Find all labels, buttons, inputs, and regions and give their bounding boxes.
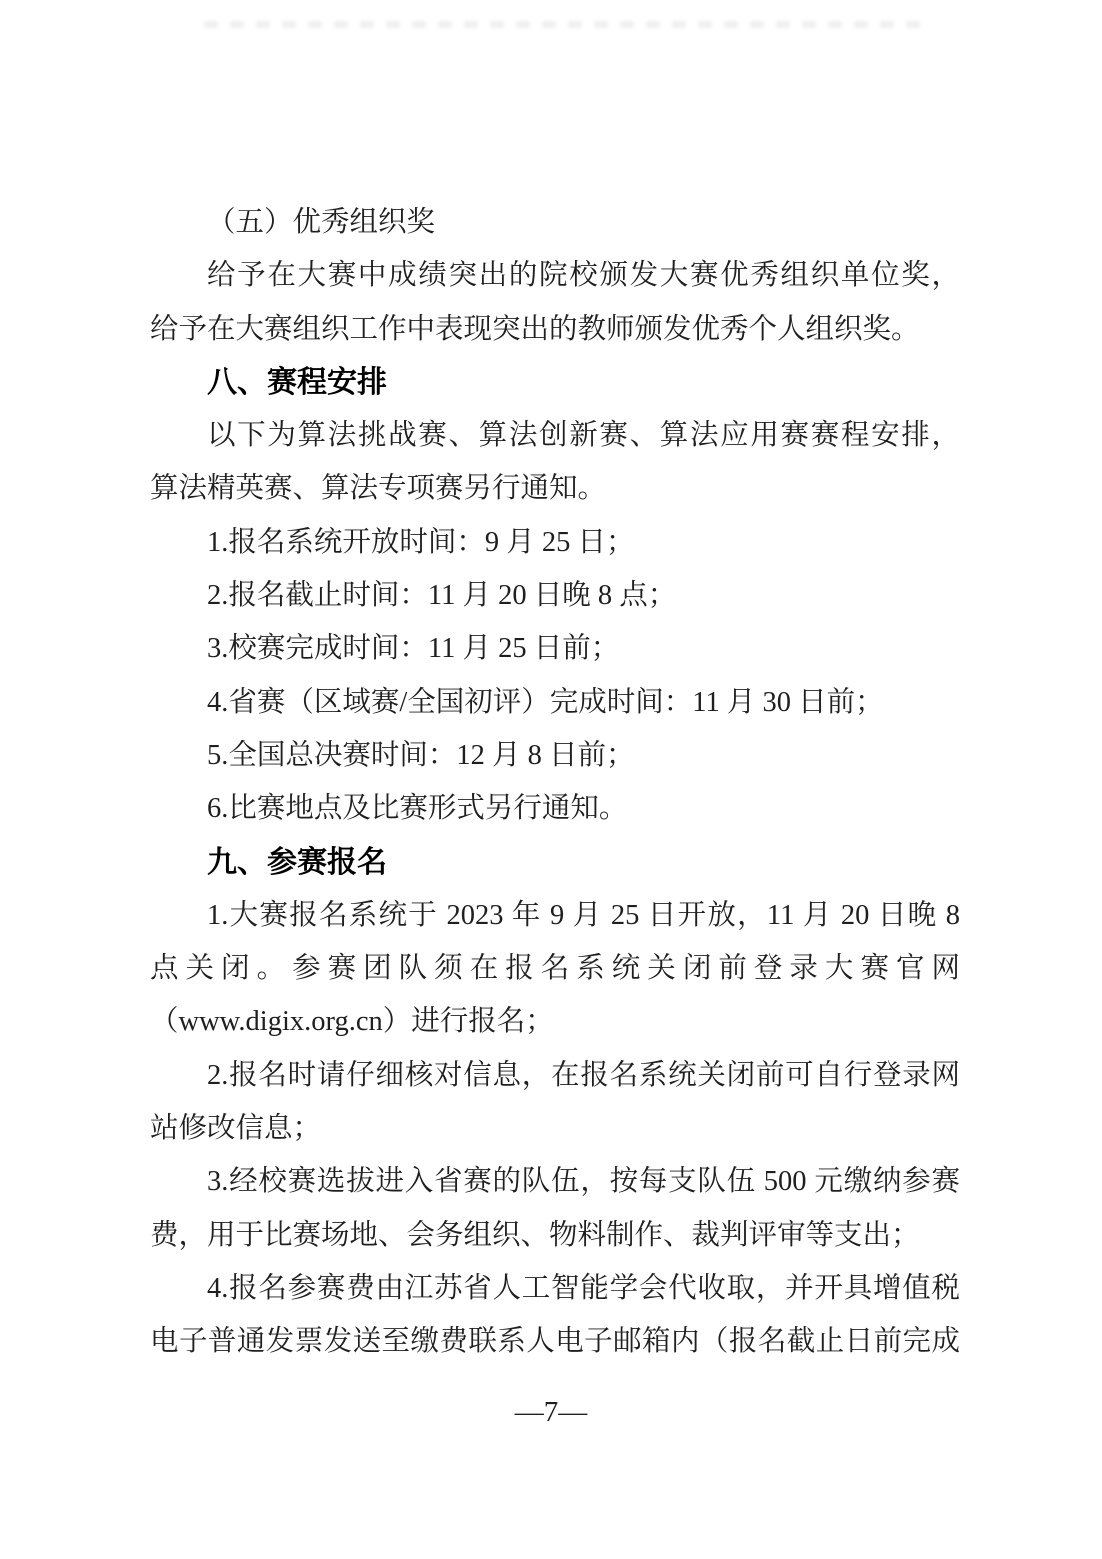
body-text-line: 算法精英赛、算法专项赛另行通知。: [150, 462, 960, 515]
body-text-line: 4.省赛（区域赛/全国初评）完成时间：11 月 30 日前；: [150, 676, 960, 729]
body-text-line: 2.报名截止时间：11 月 20 日晚 8 点；: [150, 569, 960, 622]
body-text-line: 3.校赛完成时间：11 月 25 日前；: [150, 622, 960, 675]
body-text-line: 点关闭。参赛团队须在报名系统关闭前登录大赛官网: [150, 942, 960, 995]
body-text-line: 给予在大赛中成绩突出的院校颁发大赛优秀组织单位奖，: [150, 249, 960, 302]
body-text-line: 以下为算法挑战赛、算法创新赛、算法应用赛赛程安排，: [150, 409, 960, 462]
body-text-line: 电子普通发票发送至缴费联系人电子邮箱内（报名截止日前完成: [150, 1315, 960, 1368]
body-text-line: 5.全国总决赛时间：12 月 8 日前；: [150, 729, 960, 782]
section-heading: 九、参赛报名: [150, 836, 960, 889]
body-text-line: 1.报名系统开放时间：9 月 25 日；: [150, 516, 960, 569]
body-text-line: 2.报名时请仔细核对信息，在报名系统关闭前可自行登录网: [150, 1049, 960, 1102]
body-text-line: 4.报名参赛费由江苏省人工智能学会代收取，并开具增值税: [150, 1262, 960, 1315]
subsection-heading: （五）优秀组织奖: [150, 196, 960, 249]
document-page: （五）优秀组织奖给予在大赛中成绩突出的院校颁发大赛优秀组织单位奖，给予在大赛组织…: [0, 0, 1102, 1559]
body-text-line: 1.大赛报名系统于 2023 年 9 月 25 日开放，11 月 20 日晚 8: [150, 889, 960, 942]
body-text-line: 6.比赛地点及比赛形式另行通知。: [150, 782, 960, 835]
document-body: （五）优秀组织奖给予在大赛中成绩突出的院校颁发大赛优秀组织单位奖，给予在大赛组织…: [150, 196, 960, 1369]
body-text-line: 费，用于比赛场地、会务组织、物料制作、裁判评审等支出；: [150, 1209, 960, 1262]
body-text-line: 3.经校赛选拔进入省赛的队伍，按每支队伍 500 元缴纳参赛: [150, 1155, 960, 1208]
body-text-line: （www.digix.org.cn）进行报名；: [150, 995, 960, 1048]
scan-bleed-artifact: [204, 21, 921, 28]
page-number: —7—: [0, 1392, 1102, 1432]
body-text-line: 给予在大赛组织工作中表现突出的教师颁发优秀个人组织奖。: [150, 303, 960, 356]
body-text-line: 站修改信息；: [150, 1102, 960, 1155]
section-heading: 八、赛程安排: [150, 356, 960, 409]
